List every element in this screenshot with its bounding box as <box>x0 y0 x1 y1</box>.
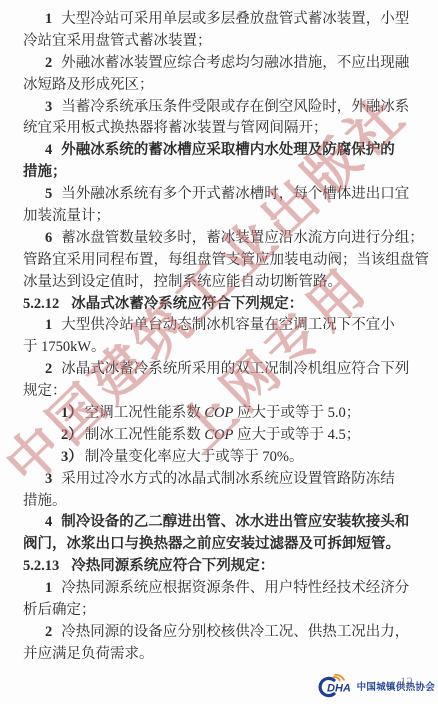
item-number: 4 <box>45 142 52 158</box>
dha-logo-name: 中国城镇供热协会 <box>357 679 435 693</box>
clause-number: 5.2.12 <box>23 296 59 312</box>
clause-5-2-13-heading: 5.2.13冷热同源系统应符合下列规定： <box>23 556 419 578</box>
subitem-number: 2） <box>61 427 83 443</box>
doc-subitem: 3）制冷量变化率应大于或等于 70%。 <box>23 447 419 469</box>
doc-subitem: 1）空调工况性能系数 COP 应大于或等于 5.0； <box>23 403 419 425</box>
line-text: 应大于或等于 5.0； <box>233 405 360 421</box>
doc-line: 2外融冰蓄冰装置应综合考虑均匀融冰措施，不应出现融 <box>23 53 419 75</box>
item-number: 2 <box>45 624 52 640</box>
page-number: 12 <box>400 674 413 690</box>
line-text: 制冰工况性能系数 <box>85 427 205 443</box>
line-text: 冰量达到设定值时，控制系统应能自动切断管路。 <box>23 274 342 290</box>
item-number: 6 <box>45 230 52 246</box>
doc-line: 措施。 <box>23 491 419 513</box>
item-number: 2 <box>45 55 52 71</box>
cop-symbol: COP <box>204 405 233 421</box>
line-text: 制冷量变化率应大于或等于 70%。 <box>85 449 304 465</box>
line-text: 外融冰系统的蓄冰槽应采取槽内水处理及防腐保护的 <box>61 142 395 158</box>
clause-number: 5.2.13 <box>23 558 59 574</box>
line-text: 措施； <box>23 164 67 180</box>
line-text: 应大于或等于 4.5； <box>233 427 360 443</box>
doc-line: 1大型供冷站单台动态制冰机容量在空调工况下不宜小 <box>23 315 419 337</box>
item-number: 5 <box>45 186 52 202</box>
document-body: 1大型冷站可采用单层或多层叠放盘管式蓄冰装置，小型 冷站宜采用盘管式蓄冰装置； … <box>23 9 419 666</box>
doc-line: 加装流量计； <box>23 206 419 228</box>
doc-line: 3当蓄冷系统承压条件受限或存在倒空风险时，外融冰系 <box>23 97 419 119</box>
doc-subitem: 2）制冰工况性能系数 COP 应大于或等于 4.5； <box>23 425 419 447</box>
page-footer: 12 DHA 中国城镇供热协会 <box>308 673 435 699</box>
line-text: 阀门，冰浆出口与换热器之前应安装过滤器及可拆卸短管。 <box>23 536 400 552</box>
line-text: 冷热同源系统应符合下列规定： <box>71 558 274 574</box>
line-text: 管路宜采用同程布置，每组盘管支管应加装电动阀；当该组盘管 <box>23 252 429 268</box>
doc-line: 3采用过冷水方式的冰晶式制冰系统应设置管路防冻结 <box>23 469 419 491</box>
line-text: 统宜采用板式换热器将蓄冰装置与管网间隔开； <box>23 120 328 136</box>
dha-logo-icon: DHA <box>308 674 354 698</box>
doc-line: 于 1750kW。 <box>23 337 419 359</box>
doc-line: 并应满足负荷需求。 <box>23 644 419 666</box>
doc-line: 冰量达到设定值时，控制系统应能自动切断管路。 <box>23 272 419 294</box>
line-text: 冷站宜采用盘管式蓄冰装置； <box>23 33 212 49</box>
doc-line: 措施； <box>23 162 419 184</box>
item-number: 2 <box>45 361 52 377</box>
line-text: 当外融冰系统有多个开式蓄冰槽时，每个槽体进出口宜 <box>61 186 409 202</box>
line-text: 空调工况性能系数 <box>85 405 205 421</box>
line-text: 当蓄冷系统承压条件受限或存在倒空风险时，外融冰系 <box>61 99 409 115</box>
doc-line: 规定： <box>23 381 419 403</box>
doc-line: 2冰晶式冰蓄冷系统所采用的双工况制冷机组应符合下列 <box>23 359 419 381</box>
doc-line: 1大型冷站可采用单层或多层叠放盘管式蓄冰装置，小型 <box>23 9 419 31</box>
item-number: 4 <box>45 514 52 530</box>
line-text: 大型冷站可采用单层或多层叠放盘管式蓄冰装置，小型 <box>61 11 409 27</box>
line-text: 于 1750kW。 <box>23 339 106 355</box>
doc-line: 冷站宜采用盘管式蓄冰装置； <box>23 31 419 53</box>
line-text: 冰晶式冰蓄冷系统所采用的双工况制冷机组应符合下列 <box>61 361 409 377</box>
doc-line: 2冷热同源的设备应分别校核供冷工况、供热工况出力， <box>23 622 419 644</box>
clause-5-2-12-heading: 5.2.12冰晶式冰蓄冷系统应符合下列规定： <box>23 294 419 316</box>
doc-line: 冰短路及形成死区； <box>23 75 419 97</box>
doc-line: 5当外融冰系统有多个开式蓄冰槽时，每个槽体进出口宜 <box>23 184 419 206</box>
doc-line: 管路宜采用同程布置，每组盘管支管应加装电动阀；当该组盘管 <box>23 250 419 272</box>
doc-line: 统宜采用板式换热器将蓄冰装置与管网间隔开； <box>23 118 419 140</box>
item-number: 3 <box>45 471 52 487</box>
line-text: 冰短路及形成死区； <box>23 77 154 93</box>
doc-line: 1冷热同源系统应根据资源条件、用户特性经技术经济分 <box>23 578 419 600</box>
line-text: 蓄冰盘管数量较多时，蓄冰装置应沿水流方向进行分组； <box>61 230 424 246</box>
subitem-number: 3） <box>61 449 83 465</box>
doc-line: 阀门，冰浆出口与换热器之前应安装过滤器及可拆卸短管。 <box>23 534 419 556</box>
line-text: 析后确定； <box>23 602 96 618</box>
line-text: 采用过冷水方式的冰晶式制冰系统应设置管路防冻结 <box>61 471 395 487</box>
doc-line: 6蓄冰盘管数量较多时，蓄冰装置应沿水流方向进行分组； <box>23 228 419 250</box>
item-number: 1 <box>45 317 52 333</box>
line-text: 规定： <box>23 383 67 399</box>
item-number: 1 <box>45 580 52 596</box>
line-text: 冷热同源系统应根据资源条件、用户特性经技术经济分 <box>61 580 409 596</box>
line-text: 制冷设备的乙二醇进出管、冰水进出管应安装软接头和 <box>61 514 409 530</box>
cop-symbol: COP <box>204 427 233 443</box>
item-number: 1 <box>45 11 52 27</box>
item-number: 3 <box>45 99 52 115</box>
subitem-number: 1） <box>61 405 83 421</box>
document-page: 中国建筑工业出版社 上网专用 1大型冷站可采用单层或多层叠放盘管式蓄冰装置，小型… <box>0 0 438 704</box>
line-text: 并应满足负荷需求。 <box>23 646 154 662</box>
line-text: 大型供冷站单台动态制冰机容量在空调工况下不宜小 <box>61 317 395 333</box>
line-text: 措施。 <box>23 493 67 509</box>
line-text: 冷热同源的设备应分别校核供冷工况、供热工况出力， <box>61 624 409 640</box>
line-text: 外融冰蓄冰装置应综合考虑均匀融冰措施，不应出现融 <box>61 55 409 71</box>
line-text: 加装流量计； <box>23 208 110 224</box>
line-text: 冰晶式冰蓄冷系统应符合下列规定： <box>71 296 303 312</box>
doc-line: 析后确定； <box>23 600 419 622</box>
dha-logo-abbr: DHA <box>327 683 351 695</box>
doc-line: 4制冷设备的乙二醇进出管、冰水进出管应安装软接头和 <box>23 512 419 534</box>
dha-logo: DHA 中国城镇供热协会 <box>308 674 435 698</box>
doc-line: 4外融冰系统的蓄冰槽应采取槽内水处理及防腐保护的 <box>23 140 419 162</box>
